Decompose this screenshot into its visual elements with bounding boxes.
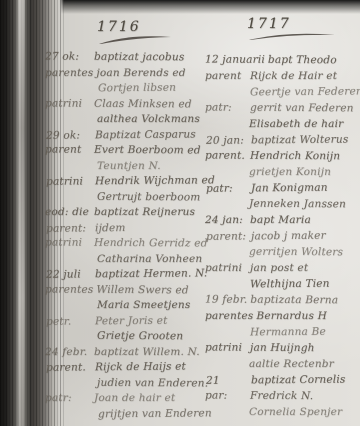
entry-text: baptizat Hermen. N.	[95, 267, 207, 280]
register-line: par:Fredrick N.	[205, 387, 360, 404]
register-line: parent.Hendrich Konijn	[205, 147, 360, 164]
entry-label: parentes	[45, 282, 94, 298]
year-heading-left-wrap: 1716	[97, 16, 175, 45]
entry-label: 21	[206, 372, 248, 388]
entry-text: Baptizat Casparus	[95, 128, 196, 141]
entry-label: patrini	[205, 260, 247, 276]
entry-label: 24 febr.	[45, 345, 91, 361]
entry-text: Evert Boerboom ed	[94, 144, 201, 157]
register-line: 22 julibaptizat Hermen. N.	[46, 266, 216, 283]
entry-text: Willem Swers ed	[96, 283, 188, 296]
register-line: parentesBernardus H	[205, 308, 360, 324]
register-line: grietjen Konijn	[205, 164, 360, 180]
register-line: 29 ok:Baptizat Casparus	[46, 127, 216, 144]
entry-text: baptizat Wolterus	[251, 134, 349, 147]
entry-text: Geertje van Federen	[206, 85, 360, 98]
entry-text: Rijck de Hair et	[250, 70, 337, 82]
register-line: patr:gerrit van Federen	[205, 99, 360, 116]
entry-label: 22 juli	[46, 267, 92, 283]
entry-text: judien van Enderen.	[45, 376, 208, 389]
register-line: parent:ijdem	[46, 220, 216, 237]
register-line: parentEvert Boerboom ed	[45, 142, 215, 159]
entry-text: baptizat jacobus	[94, 51, 184, 64]
register-line: Catharina Vonheen	[45, 252, 215, 268]
entry-text: Catharina Vonheen	[45, 253, 202, 265]
entry-text: Peter Joris et	[95, 314, 168, 327]
entry-text: bapt Theodo	[268, 54, 337, 66]
entry-label: 12 januarii	[205, 51, 265, 67]
register-line: patriniClaas Minksen ed	[45, 96, 215, 113]
entry-text: aaltie Rectenbr	[205, 358, 334, 370]
entry-text: Hendrich Gerridz ed	[94, 237, 208, 250]
entry-label: 20 jan:	[206, 132, 248, 148]
register-line: judien van Enderen.	[45, 375, 215, 392]
register-line: Grietje Grooten	[45, 328, 215, 345]
register-line: 27 ok:baptizat jacobus	[45, 49, 215, 66]
manuscript-photo: 1716 27 ok:baptizat jacobusparentesjoan …	[0, 0, 360, 426]
register-lines-left: 27 ok:baptizat jacobusparentesjoan Beren…	[45, 50, 215, 422]
entry-label: parentes	[45, 66, 93, 82]
entry-label: patrini	[205, 339, 247, 355]
register-line: Teuntjen N.	[45, 159, 215, 175]
entry-text: jan Huijngh	[250, 342, 315, 354]
entry-text: grietjen Konijn	[205, 166, 331, 178]
entry-label: patrini	[45, 235, 91, 251]
entry-text: Joan de hair et	[94, 392, 175, 404]
register-line: parent:jacob j maker	[206, 227, 360, 245]
entry-text: baptizat Reijnerus	[94, 206, 195, 218]
entry-label: patrini	[45, 96, 91, 112]
register-line: 12 januariibapt Theodo	[205, 51, 360, 68]
entry-label: 24 jan:	[205, 212, 247, 228]
entry-text: Elisabeth de hair	[205, 118, 343, 130]
entry-text: bapt Maria	[250, 214, 311, 226]
year-heading-left: 1716	[97, 19, 141, 35]
entry-text: Hendrik Wijchman ed	[95, 174, 215, 187]
register-line: Gertrujt boerboom	[45, 189, 215, 206]
year-heading-right-wrap: 1717	[247, 13, 339, 42]
entry-text: baptizat Cornelis	[251, 374, 346, 387]
entry-label: parent	[45, 142, 91, 158]
entry-text: Grietje Grooten	[45, 329, 183, 342]
register-lines-right: 12 januariibapt TheodoparentRijck de Hai…	[205, 52, 360, 420]
register-line: 24 febr.baptizat Willem. N.	[45, 345, 215, 361]
entry-text: Bernardus H	[256, 310, 327, 322]
entry-label: patr:	[206, 180, 248, 196]
register-line: parentRijck de Hair et	[205, 68, 360, 84]
register-line: patrinijan Huijngh	[205, 339, 360, 356]
entry-label: parent.	[205, 147, 247, 163]
entry-text: gerritjen Wolters	[205, 245, 343, 258]
register-line: Geertje van Federen	[206, 83, 360, 101]
register-line: Gortjen libsen	[46, 80, 216, 97]
entry-label: patr:	[205, 99, 247, 115]
register-line: aalthea Volckmans	[45, 112, 215, 128]
register-line: patrinijan post et	[205, 260, 360, 276]
entry-text: Gortjen libsen	[46, 82, 176, 95]
entry-label: parentes	[205, 308, 253, 324]
entry-text: Gertrujt boerboom	[45, 190, 201, 203]
register-line: Elisabeth de hair	[205, 116, 360, 132]
register-line: patr:Jan Konigman	[206, 179, 360, 197]
entry-text: joan Berends ed	[96, 67, 185, 79]
register-line: 24 jan:bapt Maria	[205, 212, 360, 228]
entry-label: par:	[205, 387, 247, 403]
year-heading-right: 1717	[247, 16, 291, 32]
entry-text: Hendrich Konijn	[250, 150, 340, 163]
entry-label: 29 ok:	[46, 128, 92, 144]
register-line: petr.Peter Joris et	[46, 313, 216, 330]
entry-label: parent:	[206, 228, 248, 244]
register-line: 20 jan:baptizat Wolterus	[206, 131, 360, 149]
entry-text: Fredrick N.	[250, 390, 313, 402]
entry-text: gerrit van Federen	[250, 102, 354, 115]
register-line: patr:Joan de hair et	[45, 391, 215, 407]
register-line: parent.Rijck de Haijs et	[46, 359, 216, 376]
register-line: 19 febr.baptizata Berna	[205, 291, 360, 308]
entry-text: baptizat Willem. N.	[94, 346, 200, 358]
register-line: patriniHendrich Gerridz ed	[45, 235, 215, 252]
entry-text: grijtjen van Enderen	[46, 407, 212, 420]
entry-text: Maria Smeetjens	[45, 299, 190, 311]
entry-text: jacob j maker	[251, 230, 326, 243]
entry-text: Jenneken Janssen	[205, 197, 346, 210]
register-line: parentesjoan Berends ed	[45, 66, 215, 82]
entry-text: Teuntjen N.	[45, 160, 161, 172]
entry-label: eod: die	[45, 205, 91, 221]
entry-label: patr:	[45, 391, 91, 407]
register-line: patriniHendrik Wijchman ed	[46, 173, 216, 190]
register-line: gerritjen Wolters	[205, 243, 360, 260]
entry-label: 19 febr.	[205, 291, 247, 307]
register-line: Maria Smeetjens	[45, 298, 215, 314]
entry-text: aalthea Volckmans	[45, 113, 200, 125]
register-line: Hermanna Be	[206, 323, 360, 341]
register-line: eod: diebaptizat Reijnerus	[45, 205, 215, 221]
entry-text: Welthijna Tien	[206, 278, 330, 291]
register-line: Welthijna Tien	[206, 275, 360, 293]
register-line: Jenneken Janssen	[205, 195, 360, 212]
entry-label: patrini	[46, 174, 92, 190]
entry-text: Hermanna Be	[206, 326, 326, 339]
entry-label: petr.	[46, 314, 92, 330]
register-line: Cornelia Spenjer	[205, 404, 360, 420]
entry-text: Rijck de Haijs et	[95, 361, 186, 374]
entry-text: baptizata Berna	[250, 294, 338, 307]
register-line: aaltie Rectenbr	[205, 356, 360, 372]
register-line: 21baptizat Cornelis	[206, 371, 360, 389]
entry-text: Claas Minksen ed	[94, 97, 192, 110]
entry-text: Cornelia Spenjer	[205, 406, 342, 418]
entry-text: jan post et	[250, 262, 308, 274]
entry-label: parent.	[46, 360, 92, 376]
register-line: grijtjen van Enderen	[46, 406, 216, 423]
entry-label: parent	[205, 68, 247, 84]
entry-text: ijdem	[95, 222, 126, 234]
entry-label: parent:	[46, 221, 92, 237]
register-line: parentesWillem Swers ed	[45, 282, 215, 299]
entry-label: 27 ok:	[45, 49, 91, 65]
entry-text: Jan Konigman	[251, 182, 328, 195]
